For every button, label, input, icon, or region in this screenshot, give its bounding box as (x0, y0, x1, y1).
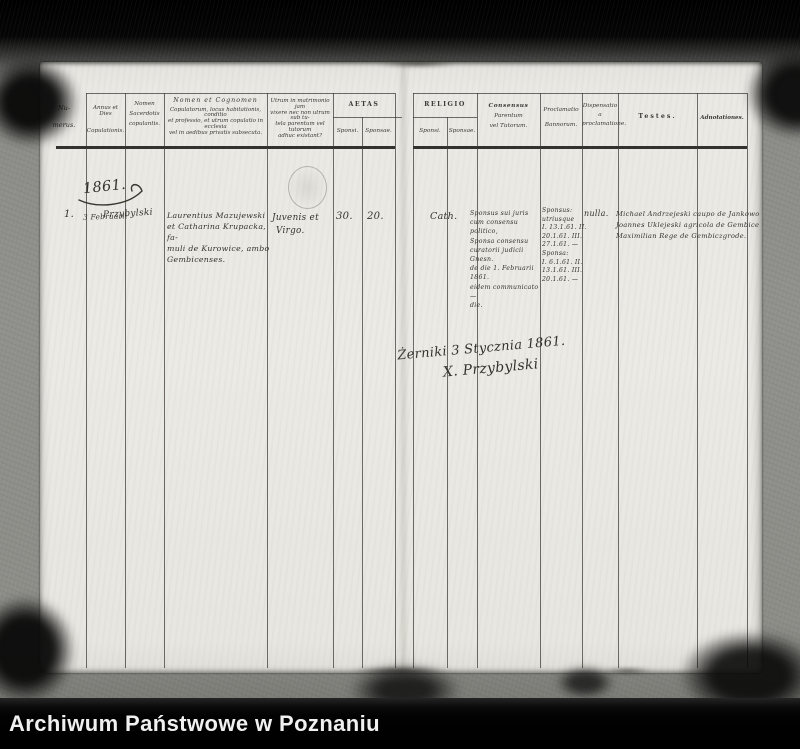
archive-name: Archiwum Państwowe w Poznaniu (0, 711, 380, 737)
col-header-religio: RELIGIO (413, 102, 477, 109)
entry-age-sponsae: 20. (367, 211, 384, 222)
grid-vline (582, 93, 583, 668)
entry-proclamatio: Sponsus: utriusque I. 13.1.61. II. 20.1.… (542, 207, 584, 284)
grid-vline (362, 117, 363, 668)
entry-consensus: Sponsus sui juris cum consensu politico,… (470, 209, 542, 310)
grid-hline (86, 93, 395, 94)
corner-shadow-top-right (728, 34, 800, 154)
grid-vline (618, 93, 619, 668)
entry-status: Juvenis et Virgo. (272, 212, 332, 238)
entry-priest: Przybylski (103, 208, 153, 221)
scan-background: Nu- merus. Annus et Dies Copulationis. N… (0, 0, 800, 698)
grid-vline (267, 93, 268, 668)
col-header-testes: Testes. (618, 114, 697, 121)
col-header-religio-sponsae: Sponsae. (447, 128, 477, 134)
entry-witnesses: Michael Andrzejeski caupo de Jankowo Joa… (616, 209, 746, 242)
ink-stamp (288, 166, 327, 209)
entry-numerus: 1. (64, 209, 74, 220)
col-header-religio-sponsi: Sponsi. (413, 128, 447, 134)
entry-names: Laurentius Mazujewski et Catharina Krupa… (167, 210, 271, 265)
grid-vline (697, 93, 698, 668)
grid-hline (333, 117, 402, 118)
register-page-scan: Nu- merus. Annus et Dies Copulationis. N… (40, 62, 762, 673)
edge-smudge (365, 59, 470, 68)
col-header-proclamatio: Proclamatio Bannorum. (540, 107, 582, 128)
archive-scan-viewer: Nu- merus. Annus et Dies Copulationis. N… (0, 0, 800, 749)
col-header-matrimonio: Utrum in matrimonio jam vixere nec non u… (267, 99, 333, 139)
col-header-consensus: Consensus Parentum vel Tutorum. (477, 103, 540, 129)
page-fold-shadow (400, 62, 407, 673)
col-header-nomen: Nomen et Cognomen Copulatorum, locus hab… (164, 98, 267, 136)
col-header-aetas-sponsae: Sponsae. (362, 128, 395, 134)
grid-vline (333, 93, 334, 668)
grid-hline (413, 117, 477, 118)
col-header-aetas-sponsi: Sponsi. (333, 128, 362, 134)
grid-vline (447, 117, 448, 668)
corner-shadow-top-left (0, 42, 96, 162)
grid-vline (477, 93, 478, 668)
archive-footer-bar: Archiwum Państwowe w Poznaniu (0, 698, 800, 749)
entry-dispensatio: nulla. (584, 209, 609, 218)
entry-religion: Cath. (430, 211, 457, 222)
year-heading: 1861. (76, 178, 154, 210)
grid-vline (164, 93, 165, 668)
col-header-dispensatio: Dispensatio a proclamatione. (582, 103, 618, 127)
grid-vline (540, 93, 541, 668)
header-rule (56, 146, 395, 149)
col-header-aetas: AETAS (333, 102, 395, 109)
entry-age-sponsi: 30. (336, 211, 353, 222)
grid-vline (747, 93, 748, 668)
col-header-sacerdos: Nomen Sacerdotis copulantis. (125, 102, 164, 128)
